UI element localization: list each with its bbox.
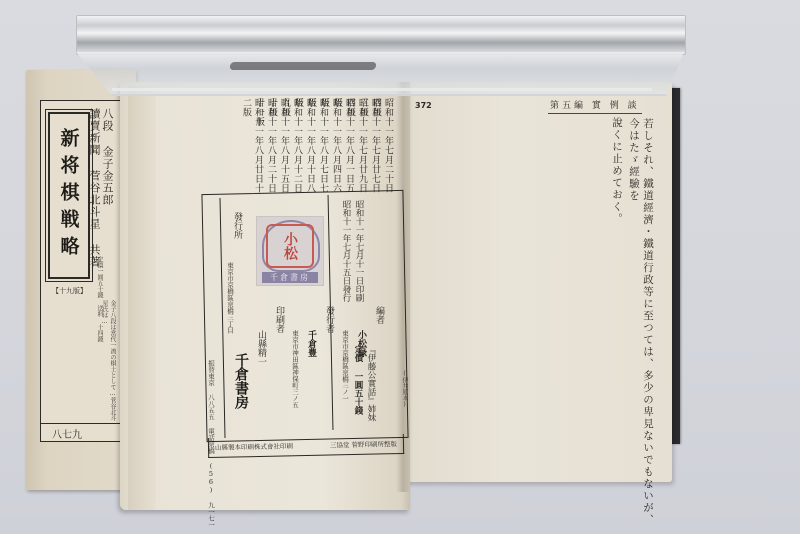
publisher-label: 發行所 <box>230 212 243 239</box>
edition-label: 【十九版】 <box>52 286 87 296</box>
printer-line-left: 山縣製本印刷株式會社印刷 <box>215 441 293 452</box>
glass-reflection <box>229 62 376 70</box>
authors-line-1: 八段 金子金五郎 <box>101 108 114 206</box>
author-label: 編者 <box>373 306 385 408</box>
author-address: 東京市京橋區京橋三ノ一 <box>341 330 349 408</box>
body-text-column: 若しそれ、鐵道經濟・鐵道行政等に至つては、多少の卑見ないでもないが、今はたゞ經驗… <box>627 118 655 534</box>
history-entry: 昭和十一年八月十日八版 <box>304 98 316 198</box>
colophon-credits: 編者 小松緑 東京市京橋區京橋三ノ一 發行者 千倉豊 東京市神田區神保町三ノ五 … <box>255 306 385 408</box>
history-entry: 昭和十一年八月七日七版 <box>317 98 329 198</box>
publisher-name: 千倉書房 <box>230 353 251 409</box>
running-head: 第五編 實 例 談 <box>548 98 642 114</box>
colophon-dates: 昭和十一年七月十一日印刷 昭和十一年七月十五日發行 <box>340 200 364 302</box>
stamp-ribbon: 千倉書房 <box>262 272 318 283</box>
glass-edge-highlight <box>112 88 652 91</box>
book-authors: 八段 金子金五郎 讀賣新聞 菅谷北斗星 共著 <box>88 108 114 268</box>
history-entry: 昭和十一年八月十二日九版 <box>291 98 303 198</box>
printer-label: 印刷者 <box>273 306 285 408</box>
printer-name: 山縣精一 <box>255 330 267 408</box>
history-entry: 昭和十一年八月四日六版 <box>330 98 342 198</box>
glass-weight-top <box>76 15 686 55</box>
issue-date: 昭和十一年七月十五日發行 <box>340 200 351 302</box>
colophon-printer-line: 山縣製本印刷株式會社印刷 三協堂 菅野印刷所整版 <box>208 434 404 458</box>
band-blurb: 金子八段は當代一流の棋士として…菅谷北斗星氏は… <box>50 300 116 422</box>
publisher-address: 東京市京橋區京橋三丁目 <box>226 262 234 334</box>
printer-address: 東京市神田區神保町三ノ五 <box>291 330 299 408</box>
red-seal-icon: 小松 <box>266 224 314 268</box>
publisher-person-label: 發行者 <box>323 306 335 408</box>
printer-line-right: 三協堂 菅野印刷所整版 <box>330 439 397 449</box>
page-number: 372 <box>415 101 432 110</box>
left-page-edge <box>128 86 156 510</box>
print-date: 昭和十一年七月十一日印刷 <box>353 200 364 302</box>
author-name: 小松緑 <box>355 330 367 408</box>
publisher-account: 振替東京 八八五五 電話京橋 (56) 九一七一 <box>206 360 215 528</box>
printing-history: 昭和十一年七月二十日四版 昭和十一年七月廿七日三版 昭和十一年七月廿九日四版 昭… <box>252 98 394 198</box>
body-text-column: 說くに止めておく。 <box>610 117 624 225</box>
history-entry: 昭和十一年七月二十日四版 <box>382 98 394 198</box>
book-title-box: 新将棋戦略 <box>48 112 90 279</box>
margin-note: (伊井原本) <box>400 370 409 408</box>
publisher-person: 千倉豊 <box>305 330 317 408</box>
book-title: 新将棋戦略 <box>56 128 83 263</box>
authors-line-2: 讀賣新聞 菅谷北斗星 共著 <box>88 108 101 268</box>
